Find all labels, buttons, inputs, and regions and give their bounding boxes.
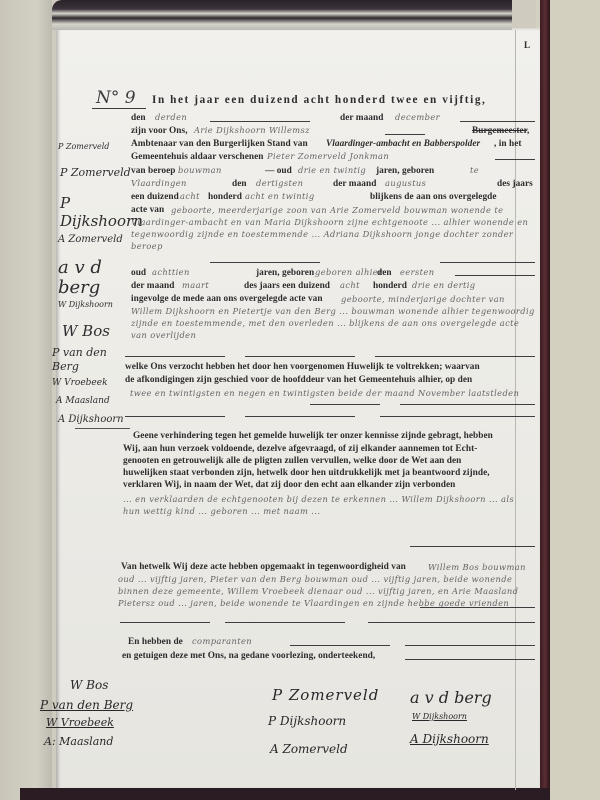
signature: P van den Berg: [40, 698, 133, 712]
signature: a v d berg: [410, 688, 492, 707]
fill-line: [210, 121, 310, 122]
hand-signers: comparanten: [192, 636, 252, 646]
margin-signature: P Zomerveld: [60, 166, 131, 179]
hand-official: Arie Dijkshoorn Willemsz: [194, 125, 310, 135]
fill-line: [405, 645, 535, 646]
printed-den: den: [131, 113, 146, 123]
fill-line: [385, 134, 425, 135]
fill-line: [495, 159, 535, 160]
signature: P Dijkshoorn: [268, 714, 346, 728]
hand-bride-birth-year: drie en dertig: [412, 280, 475, 290]
printed-afkondigingen: de afkondigingen zijn geschied voor de h…: [125, 375, 472, 385]
printed-oud: oud: [131, 268, 146, 278]
printed-oud: — oud: [265, 166, 292, 176]
printed-geene-2: Wij, aan hun verzoek voldoende, dezelve …: [123, 444, 477, 454]
signature: A Dijkshoorn: [410, 732, 489, 746]
fill-line: [440, 262, 535, 263]
page-mark: L: [524, 40, 530, 50]
book-cover-bottom: [20, 788, 550, 800]
fill-line: [420, 607, 535, 608]
margin-signature: W Dijkshoorn: [58, 300, 113, 309]
hand-bride-parents: geboorte, minderjarige dochter van Wille…: [131, 293, 535, 353]
printed-een-duizend: een duizend: [131, 192, 179, 202]
hand-groom-parents: geboorte, meerderjarige zoon van Arie Zo…: [131, 204, 535, 276]
printed-geene-5: verklaren Wij, in naam der Wet, dat zij …: [123, 480, 455, 490]
fill-line: [120, 622, 210, 623]
fill-line: [380, 416, 535, 417]
signature: W Dijkshoorn: [412, 712, 467, 721]
hand-bride-birth-century: acht: [340, 280, 360, 290]
margin-underline: [75, 428, 130, 429]
printed-en-hebben: En hebben de: [128, 637, 183, 647]
printed-des-jaars: des jaars: [497, 179, 533, 189]
margin-signature: P van den Berg: [52, 346, 116, 374]
margin-signature: W Bos: [62, 322, 110, 340]
margin-signature: P Zomerveld: [58, 142, 109, 151]
fill-line: [125, 356, 225, 357]
printed-gemeente: Vlaardinger-ambacht en Babberspolder: [326, 139, 480, 149]
signature: W Bos: [70, 678, 108, 692]
hand-birth-month: augustus: [385, 178, 426, 188]
margin-signature: A Maasland: [56, 396, 110, 406]
hand-bride-birthplace: geboren alhier: [315, 267, 382, 277]
hand-bride-birth-month: maart: [182, 280, 209, 290]
hand-birth-century: acht: [180, 191, 200, 201]
printed-zijn-voor-ons: zijn voor Ons,: [131, 126, 188, 136]
book-cover-edge: [540, 0, 550, 800]
fill-line: [245, 356, 355, 357]
margin-signature: A Zomerveld: [58, 234, 123, 245]
printed-van-beroep: van beroep: [131, 166, 176, 176]
hand-groom: Pieter Zomerveld Jonkman: [267, 151, 389, 161]
hand-occupation: bouwman: [178, 165, 222, 175]
hand-day: derden: [155, 112, 187, 122]
hand-bride-age: achttien: [152, 267, 190, 277]
fill-line: [455, 275, 535, 276]
printed-den: den: [377, 268, 392, 278]
hand-bride-birth-day: eersten: [400, 267, 434, 277]
signature: P Zomerveld: [272, 686, 379, 704]
printed-welke: welke Ons verzocht hebben het door hen v…: [125, 362, 480, 372]
printed-des-jaars: des jaars een duizend: [244, 281, 330, 291]
printed-honderd: honderd: [208, 192, 242, 202]
signature: A Zomerveld: [270, 742, 348, 756]
hand-birth-day: dertigsten: [256, 178, 303, 188]
fill-line: [210, 262, 320, 263]
hand-birth-year: acht en twintig: [245, 191, 315, 201]
fill-line: [400, 404, 535, 405]
printed-jaren-geboren: jaren, geboren: [376, 166, 434, 176]
fill-line: [225, 622, 345, 623]
printed-blijkens: blijkens de aan ons overgelegde: [370, 192, 497, 202]
margin-signature: a v d berg: [58, 258, 108, 298]
hand-witnesses: Willem Bos bouwman oud ... vijftig jaren…: [118, 561, 533, 647]
printed-honderd: honderd: [373, 281, 407, 291]
signature: A: Maasland: [44, 735, 113, 748]
printed-line-year: In het jaar een duizend acht honderd twe…: [152, 94, 486, 106]
margin-signature: A Dijkshoorn: [58, 414, 124, 425]
fill-line: [245, 416, 355, 417]
fill-line: [368, 622, 535, 623]
hand-age: drie en twintig: [298, 165, 366, 175]
printed-der-maand: der maand: [333, 179, 376, 189]
fill-line: [405, 659, 535, 660]
fill-line: [290, 645, 390, 646]
fill-line: [410, 546, 535, 547]
hand-additional: ... en verklaarden de echtgenooten bij d…: [123, 493, 533, 553]
adjacent-page-edge: [0, 0, 52, 800]
printed-der-maand: der maand: [340, 113, 383, 123]
fill-line: [460, 121, 535, 122]
printed-der-maand: der maand: [131, 281, 174, 291]
printed-den: den: [232, 179, 247, 189]
book-binding-top: [52, 0, 512, 30]
fill-line: [375, 356, 535, 357]
printed-ambtenaar: Ambtenaar van den Burgerlijken Stand van: [131, 139, 308, 149]
margin-signature: W Vroebeek: [52, 378, 108, 388]
hand-birthplace: Vlaardingen: [131, 178, 187, 188]
hand-birthplace-prefix: te: [470, 165, 479, 175]
printed-burgemeester-struck: Burgemeester: [472, 126, 527, 136]
fill-line: [310, 404, 380, 405]
entry-number: N° 9: [92, 88, 146, 109]
printed-en-getuigen: en getuigen deze met Ons, na gedane voor…: [122, 651, 375, 661]
printed-in-het: , in het: [494, 139, 522, 149]
margin-signature: P Dijkshoorn: [60, 194, 120, 230]
signature: W Vroebeek: [46, 716, 114, 729]
printed-geene-1: Geene verhindering tegen het gemelde huw…: [133, 431, 493, 441]
printed-jaren-geboren: jaren, geboren: [256, 268, 314, 278]
fill-line: [125, 416, 225, 417]
printed-geene-3: genooten en getrouwelijk alle de pligten…: [123, 456, 461, 466]
hand-proclamation-dates: twee en twintigsten en negen en twintigs…: [130, 387, 530, 413]
printed-geene-4: huwelijken staat verbonden zijn, hetwelk…: [123, 468, 490, 478]
printed-gemeentehuis: Gemeentehuis aldaar verschenen: [131, 152, 264, 162]
hand-month: december: [395, 112, 440, 122]
